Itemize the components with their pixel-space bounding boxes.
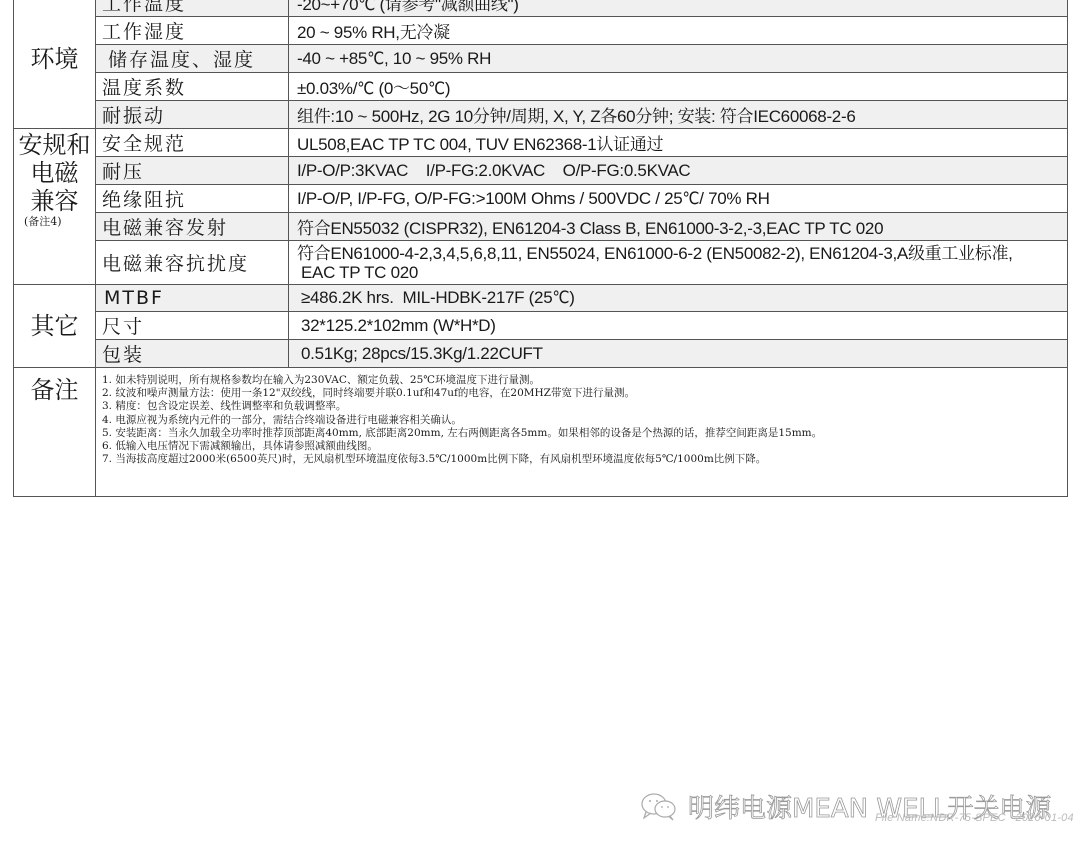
spec-value: 0.51Kg; 28pcs/15.3Kg/1.22CUFT — [289, 340, 1068, 368]
spec-value: UL508,EAC TP TC 004, TUV EN62368-1认证通过 — [289, 129, 1068, 157]
category-label: 环境 — [31, 45, 79, 73]
spec-label: 包装 — [96, 340, 289, 368]
wechat-icon — [640, 792, 680, 822]
spec-label: MTBF — [96, 285, 289, 312]
category-line: 安规和 — [14, 131, 95, 159]
spec-label: 安全规范 — [96, 129, 289, 157]
spec-label: 温度系数 — [96, 73, 289, 101]
category-label: 其它 — [31, 312, 79, 340]
spec-row-temp-coefficient: 温度系数 ±0.03%/℃ (0～50℃) — [14, 73, 1068, 101]
spec-value: I/P-O/P:3KVAC I/P-FG:2.0KVAC O/P-FG:0.5K… — [289, 157, 1068, 185]
note-item: 7. 当海拔高度超过2000米(6500英尺)时，无风扇机型环境温度依每3.5℃… — [102, 453, 1067, 466]
spec-row-emc-emission: 电磁兼容发射 符合EN55032 (CISPR32), EN61204-3 Cl… — [14, 213, 1068, 241]
spec-label: 绝缘阻抗 — [96, 185, 289, 213]
spec-value: ≥486.2K hrs. MIL-HDBK-217F (25℃) — [289, 285, 1068, 312]
spec-value: -40 ~ +85℃, 10 ~ 95% RH — [289, 45, 1068, 73]
spec-row-safety-standards: 安规和 电磁 兼容 (备注4) 安全规范 UL508,EAC TP TC 004… — [14, 129, 1068, 157]
spec-value: I/P-O/P, I/P-FG, O/P-FG:>100M Ohms / 500… — [289, 185, 1068, 213]
notes-list: 1. 如未特别说明，所有规格参数均在输入为230VAC、额定负载、25℃环境温度… — [96, 368, 1068, 497]
spec-value: 组件:10 ~ 500Hz, 2G 10分钟/周期, X, Y, Z各60分钟;… — [289, 101, 1068, 129]
category-environment: 环境 — [14, 0, 96, 129]
spec-row-storage: 储存温度、湿度 -40 ~ +85℃, 10 ~ 95% RH — [14, 45, 1068, 73]
notes-row: 备注 1. 如未特别说明，所有规格参数均在输入为230VAC、额定负载、25℃环… — [14, 368, 1068, 497]
category-note: (备注4) — [14, 215, 95, 229]
note-item: 4. 电源应视为系统内元件的一部分，需结合终端设备进行电磁兼容相关确认。 — [102, 414, 1067, 427]
note-item: 2. 纹波和噪声测量方法：使用一条12"双绞线，同时终端要并联0.1uf和47u… — [102, 387, 1067, 400]
spec-label: 电磁兼容抗扰度 — [96, 241, 289, 285]
spec-row-operating-humidity: 工作湿度 20 ~ 95% RH,无冷凝 — [14, 17, 1068, 45]
spec-label: 工作湿度 — [96, 17, 289, 45]
spec-table: 环境 工作温度 -20~+70℃ (请参考"减额曲线") 工作湿度 20 ~ 9… — [13, 0, 1068, 497]
spec-label: 储存温度、湿度 — [96, 45, 289, 73]
spec-value: 符合EN61000-4-2,3,4,5,6,8,11, EN55024, EN6… — [289, 241, 1068, 285]
spec-label: 尺寸 — [96, 312, 289, 340]
spec-row-mtbf: 其它 MTBF ≥486.2K hrs. MIL-HDBK-217F (25℃) — [14, 285, 1068, 312]
category-line: 电磁 — [14, 159, 95, 187]
spec-value: ±0.03%/℃ (0～50℃) — [289, 73, 1068, 101]
spec-row-withstand-voltage: 耐压 I/P-O/P:3KVAC I/P-FG:2.0KVAC O/P-FG:0… — [14, 157, 1068, 185]
spec-row-dimension: 尺寸 32*125.2*102mm (W*H*D) — [14, 312, 1068, 340]
spec-label: 耐压 — [96, 157, 289, 185]
spec-label: 电磁兼容发射 — [96, 213, 289, 241]
spec-label: 工作温度 — [96, 0, 289, 17]
spec-row-operating-temp: 环境 工作温度 -20~+70℃ (请参考"减额曲线") — [14, 0, 1068, 17]
spec-value-line: 符合EN61000-4-2,3,4,5,6,8,11, EN55024, EN6… — [297, 244, 1067, 263]
spec-row-emc-immunity: 电磁兼容抗扰度 符合EN61000-4-2,3,4,5,6,8,11, EN55… — [14, 241, 1068, 285]
category-notes: 备注 — [14, 368, 96, 497]
spec-value: -20~+70℃ (请参考"减额曲线") — [289, 0, 1068, 17]
spec-value: 20 ~ 95% RH,无冷凝 — [289, 17, 1068, 45]
spec-row-packing: 包装 0.51Kg; 28pcs/15.3Kg/1.22CUFT — [14, 340, 1068, 368]
category-safety-emc: 安规和 电磁 兼容 (备注4) — [14, 129, 96, 285]
note-item: 5. 安装距离：当永久加载全功率时推荐顶部距离40mm, 底部距离20mm, 左… — [102, 427, 1067, 440]
note-item: 3. 精度：包含设定误差、线性调整率和负载调整率。 — [102, 400, 1067, 413]
spec-value: 符合EN55032 (CISPR32), EN61204-3 Class B, … — [289, 213, 1068, 241]
category-others: 其它 — [14, 285, 96, 368]
note-item: 1. 如未特别说明，所有规格参数均在输入为230VAC、额定负载、25℃环境温度… — [102, 374, 1067, 387]
spec-label: 耐振动 — [96, 101, 289, 129]
spec-row-vibration: 耐振动 组件:10 ~ 500Hz, 2G 10分钟/周期, X, Y, Z各6… — [14, 101, 1068, 129]
spec-value: 32*125.2*102mm (W*H*D) — [289, 312, 1068, 340]
file-name-footer: File Name:NDR-75-SPEC 2020-01-04 — [875, 812, 1074, 824]
category-label: 备注 — [31, 376, 79, 404]
spec-value-line: EAC TP TC 020 — [297, 263, 1067, 282]
note-item: 6. 低输入电压情况下需减额输出，具体请参照减额曲线图。 — [102, 440, 1067, 453]
category-line: 兼容 — [14, 187, 95, 215]
spec-row-isolation-resistance: 绝缘阻抗 I/P-O/P, I/P-FG, O/P-FG:>100M Ohms … — [14, 185, 1068, 213]
